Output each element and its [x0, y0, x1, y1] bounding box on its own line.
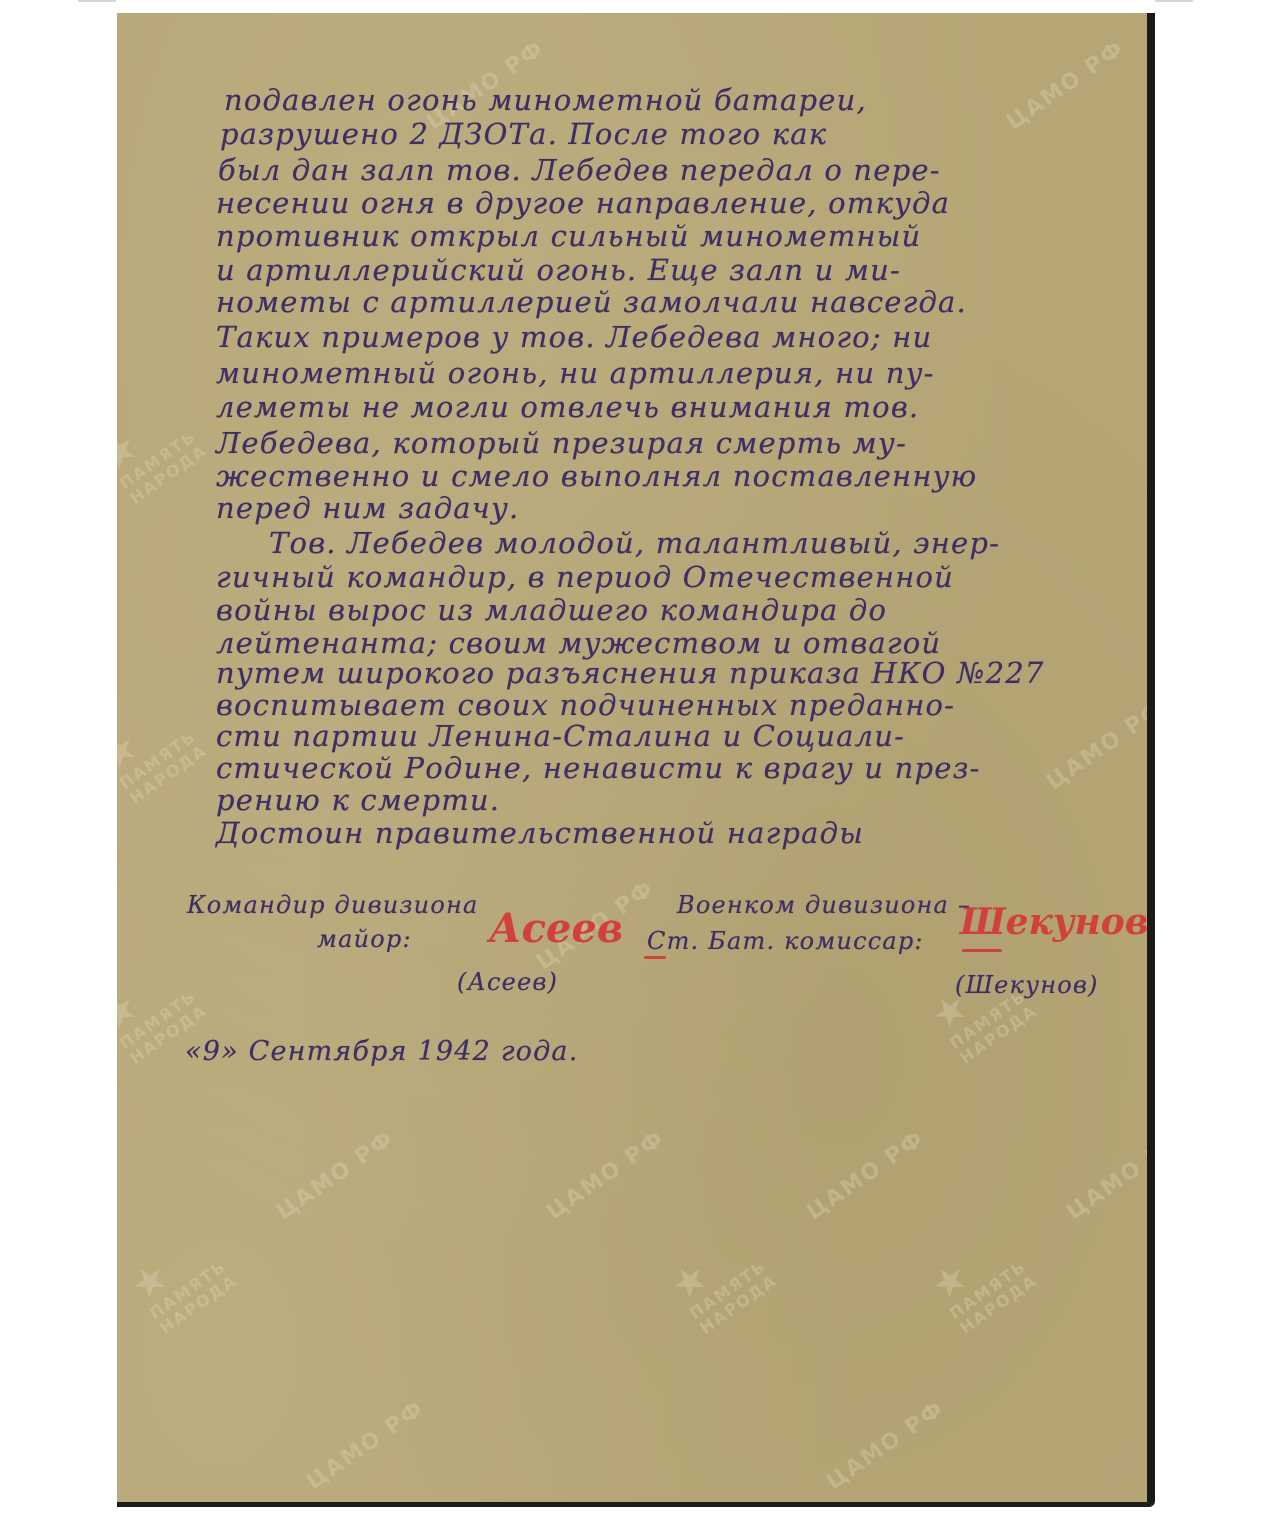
body-line: леметы не могли отвлечь внимания тов. — [216, 390, 919, 424]
body-line: был дан залп тов. Лебедев передал о пере… — [218, 153, 941, 187]
watermark: ★ПАМЯТЬНАРОДА — [924, 1224, 1041, 1337]
body-line: и артиллерийский огонь. Еще залп и ми- — [216, 253, 901, 287]
body-line: жественно и смело выполнял поставленную — [216, 459, 977, 493]
document-date: «9» Сентября 1942 года. — [185, 1036, 579, 1067]
body-line: перед ним задачу. — [216, 491, 519, 525]
watermark: ЦАМО РФ — [802, 1126, 929, 1225]
body-line: гичный командир, в период Отечественной — [216, 560, 954, 594]
signer-left-rank: майор: — [317, 925, 412, 953]
signer-right-name: (Шекунов) — [955, 971, 1099, 999]
signature-right: Шекунов — [960, 901, 1148, 943]
body-line: минометный огонь, ни артиллерия, ни пу- — [216, 356, 935, 390]
watermark: ЦАМО РФ — [542, 1126, 669, 1225]
red-underline-mark — [962, 949, 1002, 952]
scroll-indicator-left — [78, 0, 116, 2]
body-line: подавлен огонь минометной батареи, — [224, 83, 867, 117]
watermark: ★ПАМЯТЬНАРОДА — [664, 1224, 781, 1337]
watermark: ЦАМО РФ — [1062, 1126, 1155, 1225]
body-line: Достоин правительственной награды — [216, 816, 864, 850]
watermark: ЦАМО РФ — [272, 1126, 399, 1225]
watermark: ЦАМО РФ — [822, 1396, 949, 1495]
signer-right-title: Военком дивизиона – — [677, 891, 971, 919]
body-line: противник открыл сильный минометный — [216, 219, 921, 253]
watermark: ЦАМО РФ — [1002, 36, 1129, 135]
body-line: Таких примеров у тов. Лебедева много; ни — [216, 320, 932, 354]
watermark: ★ПАМЯТЬНАРОДА — [117, 694, 210, 807]
red-underline-mark — [644, 956, 666, 959]
watermark: ★ПАМЯТЬНАРОДА — [117, 394, 210, 507]
body-line: Тов. Лебедев молодой, талантливый, энер- — [269, 526, 1000, 560]
body-line: путем широкого разъяснения приказа НКО №… — [216, 656, 1045, 690]
scroll-indicator-right — [1155, 0, 1193, 2]
body-line: воспитывает своих подчиненных преданно- — [216, 688, 955, 722]
watermark: ЦАМО РФ — [302, 1396, 429, 1495]
document-page: ЦАМО РФ ЦАМО РФ ★ПАМЯТЬНАРОДА ★ПАМЯТЬНАР… — [117, 13, 1155, 1507]
watermark: ★ПАМЯТЬНАРОДА — [124, 1224, 241, 1337]
body-line: несении огня в другое направление, откуд… — [216, 186, 950, 220]
body-line: стической Родине, ненависти к врагу и пр… — [216, 751, 981, 785]
body-line: Лебедева, который презирая смерть му- — [216, 426, 907, 460]
body-line: войны вырос из младшего командира до — [216, 593, 887, 627]
signer-right-rank: Ст. Бат. комиссар: — [647, 927, 924, 955]
body-line: нометы с артиллерией замолчали навсегда. — [216, 285, 967, 319]
body-line: рению к смерти. — [216, 783, 500, 817]
watermark: ЦАМО РФ — [1042, 696, 1155, 795]
body-line: лейтенанта; своим мужеством и отвагой — [216, 626, 941, 660]
body-line: сти партии Ленина-Сталина и Социали- — [216, 719, 905, 753]
signer-left-name: (Асеев) — [457, 968, 558, 996]
body-line: разрушено 2 ДЗОТа. После того как — [220, 117, 827, 151]
signer-left-title: Командир дивизиона — [187, 891, 479, 919]
signature-left: Асеев — [489, 905, 623, 952]
